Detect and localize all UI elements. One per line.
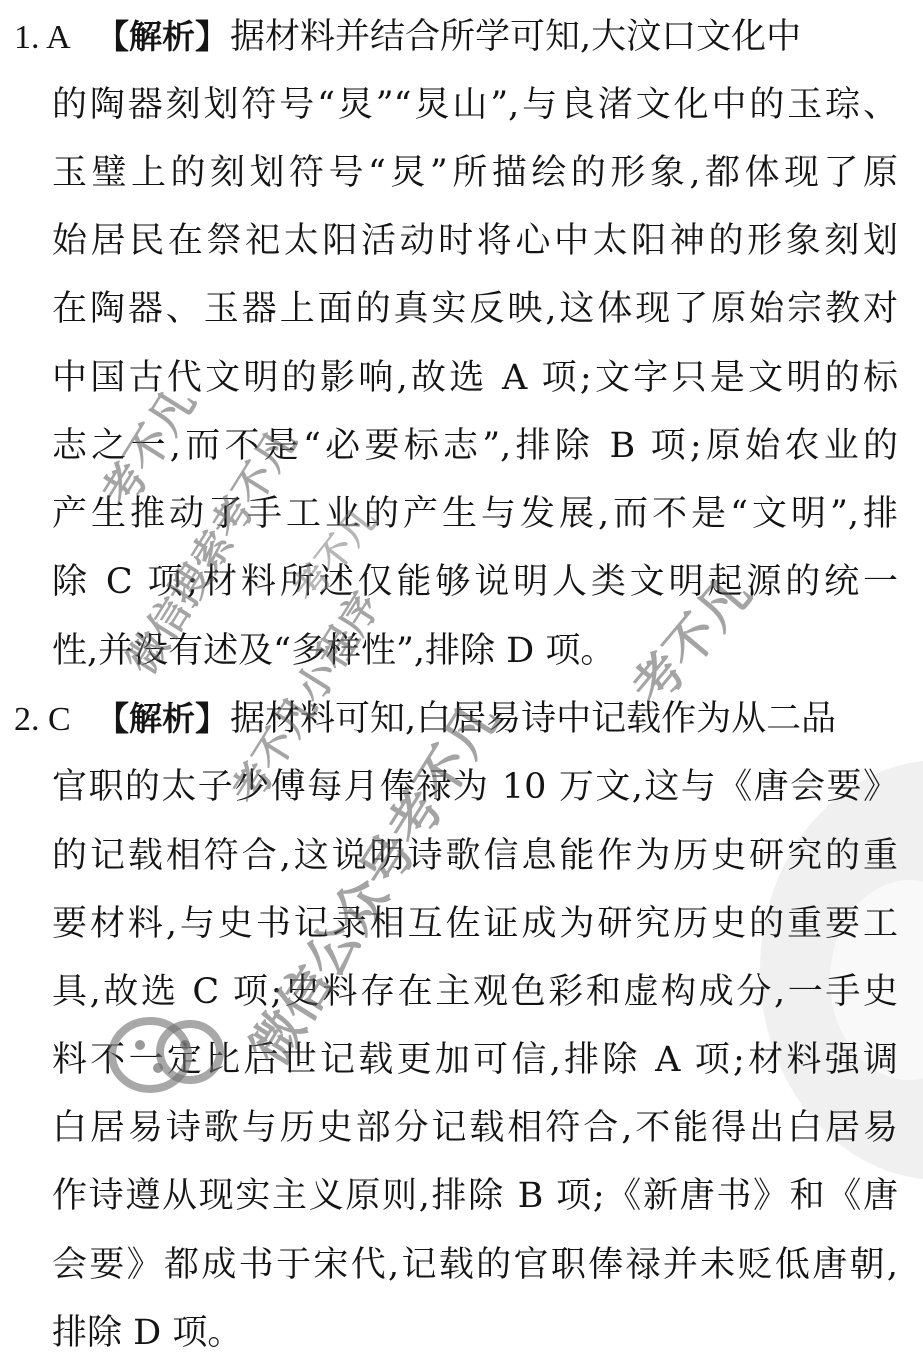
question-2-line-0: 据材料可知,白居易诗中记载作为从二品 [230,685,836,753]
question-2-number: 2. C [14,686,96,754]
question-2-line-3: 要材料,与史书记录相互佐证成为研究历史的重要工 [52,890,898,958]
question-1-line-9: 性,并没有述及“多样性”,排除 D 项。 [52,617,898,685]
question-2-line-7: 作诗遵从现实主义原则,排除 B 项;《新唐书》和《唐 [52,1162,898,1230]
question-1-number: 1. A [14,4,96,72]
question-2-line-2: 的记载相符合,这说明诗歌信息能作为历史研究的重 [52,822,898,890]
question-1-line-1: 的陶器刻划符号“炅”“炅山”,与良渚文化中的玉琮、 [52,71,898,139]
question-2-line-1: 官职的太子少傅每月俸禄为 10 万文,这与《唐会要》 [52,753,898,821]
question-1-line-8: 除 C 项;材料所述仅能够说明人类文明起源的统一 [52,548,898,616]
question-1-line-5: 中国古代文明的影响,故选 A 项;文字只是文明的标 [52,344,898,412]
question-2-line-8: 会要》都成书于宋代,记载的官职俸禄并未贬低唐朝, [52,1231,898,1299]
question-1-line-2: 玉璧上的刻划符号“炅”所描绘的形象,都体现了原 [52,139,898,207]
question-1-line-4: 在陶器、玉器上面的真实反映,这体现了原始宗教对 [52,275,898,343]
question-1-line-0: 据材料并结合所学可知,大汶口文化中 [230,3,801,71]
question-1-line-7: 产生推动了手工业的产生与发展,而不是“文明”,排 [52,480,898,548]
question-2-first-line: 2. C【解析】据材料可知,白居易诗中记载作为从二品 [14,685,898,753]
question-1-line-6: 志之一,而不是“必要标志”,排除 B 项;原始农业的 [52,412,898,480]
question-1-line-3: 始居民在祭祀太阳活动时将心中太阳神的形象刻划 [52,207,898,275]
wechat-icon [100,1000,230,1110]
answer-explanation-page: 1. A【解析】据材料并结合所学可知,大汶口文化中 的陶器刻划符号“炅”“炅山”… [0,0,923,1359]
question-1-first-line: 1. A【解析】据材料并结合所学可知,大汶口文化中 [14,3,898,71]
question-2-line-9: 排除 D 项。 [52,1299,898,1359]
question-1-tag: 【解析】 [96,17,228,56]
question-2-tag: 【解析】 [96,699,228,738]
